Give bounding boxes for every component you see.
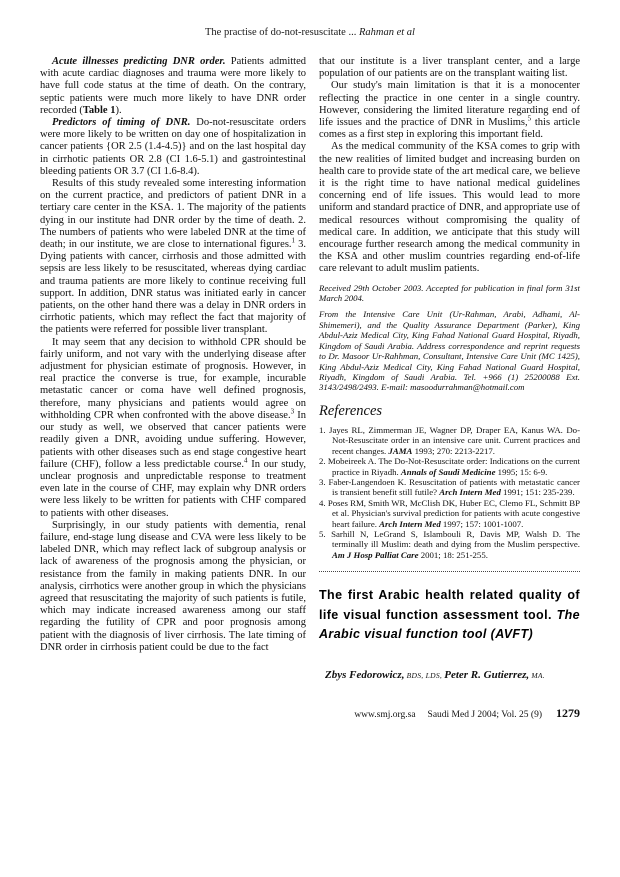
reference-text: 1995; 15: 6-9.: [495, 467, 547, 477]
reference-journal: JAMA: [388, 446, 412, 456]
reference-number: 3.: [319, 477, 326, 487]
reference-text: 2001; 18: 251-255.: [419, 550, 488, 560]
subsection-heading: Acute illnesses predicting DNR order.: [52, 56, 226, 67]
paragraph-text: As the medical community of the KSA come…: [319, 141, 580, 274]
reference-number: 1.: [319, 425, 326, 435]
running-title: The practise of do-not-resuscitate ...: [205, 27, 359, 38]
journal-volume-info: Saudi Med J 2004; Vol. 25 (9): [428, 710, 542, 720]
reference-journal: Arch Intern Med: [379, 519, 441, 529]
reference-item: 5. Sarhill N, LeGrand S, Islambouli R, D…: [319, 529, 580, 560]
reference-item: 3. Faber-Langendoen K. Resuscitation of …: [319, 477, 580, 498]
paragraph-text: It may seem that any decision to withhol…: [40, 337, 306, 421]
paragraph-results: Results of this study revealed some inte…: [40, 178, 306, 337]
paragraph-surprisingly: Surprisingly, in our study patients with…: [40, 520, 306, 654]
reference-journal: Am J Hosp Palliat Care: [332, 550, 419, 560]
page-footer: www.smj.org.saSaudi Med J 2004; Vol. 25 …: [319, 707, 580, 721]
paragraph-withhold-cpr: It may seem that any decision to withhol…: [40, 337, 306, 520]
page-number: 1279: [556, 706, 580, 720]
reference-text: 1991; 151: 235-239.: [501, 487, 575, 497]
next-article-title: The first Arabic health related quality …: [319, 586, 580, 645]
paragraph-text: that our institute is a liver transplant…: [319, 56, 580, 79]
next-article-authors: Zbys Fedorowicz, BDS, LDS, Peter R. Guti…: [325, 669, 580, 682]
running-authors: Rahman et al: [359, 27, 415, 38]
reference-number: 2.: [319, 456, 326, 466]
journal-website: www.smj.org.sa: [354, 710, 415, 720]
paragraph-text: Results of this study revealed some inte…: [40, 178, 306, 250]
paragraph-predictors-timing: Predictors of timing of DNR. Do-not-resu…: [40, 117, 306, 178]
author-credentials: MA.: [529, 671, 545, 680]
reference-item: 4. Poses RM, Smith WR, McClish DK, Huber…: [319, 498, 580, 529]
journal-page: The practise of do-not-resuscitate ... R…: [0, 0, 620, 877]
reference-text: 1997; 157: 1001-1007.: [441, 519, 524, 529]
reference-number: 4.: [319, 498, 326, 508]
paragraph-limitation: Our study's main limitation is that it i…: [319, 80, 580, 141]
paragraph-text: 3. Dying patients with cancer, cirrhosis…: [40, 239, 306, 335]
affiliation-note: From the Intensive Care Unit (Ur-Rahman,…: [319, 309, 580, 392]
subsection-heading: Predictors of timing of DNR.: [52, 117, 190, 128]
references-list: 1. Jayes RL, Zimmerman JE, Wagner DP, Dr…: [319, 425, 580, 560]
author-credentials: BDS, LDS,: [404, 671, 444, 680]
paragraph-text: ).: [115, 105, 121, 116]
reference-item: 2. Mobeireek A. The Do-Not-Resuscitate o…: [319, 456, 580, 477]
section-divider: [319, 571, 580, 572]
author-name: Zbys Fedorowicz,: [325, 669, 404, 681]
left-column: Acute illnesses predicting DNR order. Pa…: [40, 56, 306, 721]
reference-text: 1993; 270: 2213-2217.: [412, 446, 495, 456]
received-note: Received 29th October 2003. Accepted for…: [319, 283, 580, 304]
article-body: Acute illnesses predicting DNR order. Pa…: [40, 56, 580, 721]
reference-item: 1. Jayes RL, Zimmerman JE, Wagner DP, Dr…: [319, 425, 580, 456]
paragraph-continuation: that our institute is a liver transplant…: [319, 56, 580, 80]
reference-number: 5.: [319, 529, 326, 539]
reference-text: Sarhill N, LeGrand S, Islambouli R, Davi…: [331, 529, 580, 549]
references-heading: References: [319, 405, 580, 417]
running-head: The practise of do-not-resuscitate ... R…: [0, 27, 620, 38]
next-article-title-text: The first Arabic health related quality …: [319, 588, 580, 622]
paragraph-acute-illnesses: Acute illnesses predicting DNR order. Pa…: [40, 56, 306, 117]
table-reference: Table 1: [83, 105, 116, 116]
paragraph-conclusion: As the medical community of the KSA come…: [319, 141, 580, 275]
reference-journal: Arch Intern Med: [439, 487, 501, 497]
paragraph-text: Surprisingly, in our study patients with…: [40, 520, 306, 653]
reference-journal: Annals of Saudi Medicine: [401, 467, 496, 477]
right-column: that our institute is a liver transplant…: [319, 56, 580, 721]
author-name: Peter R. Gutierrez,: [444, 669, 529, 681]
